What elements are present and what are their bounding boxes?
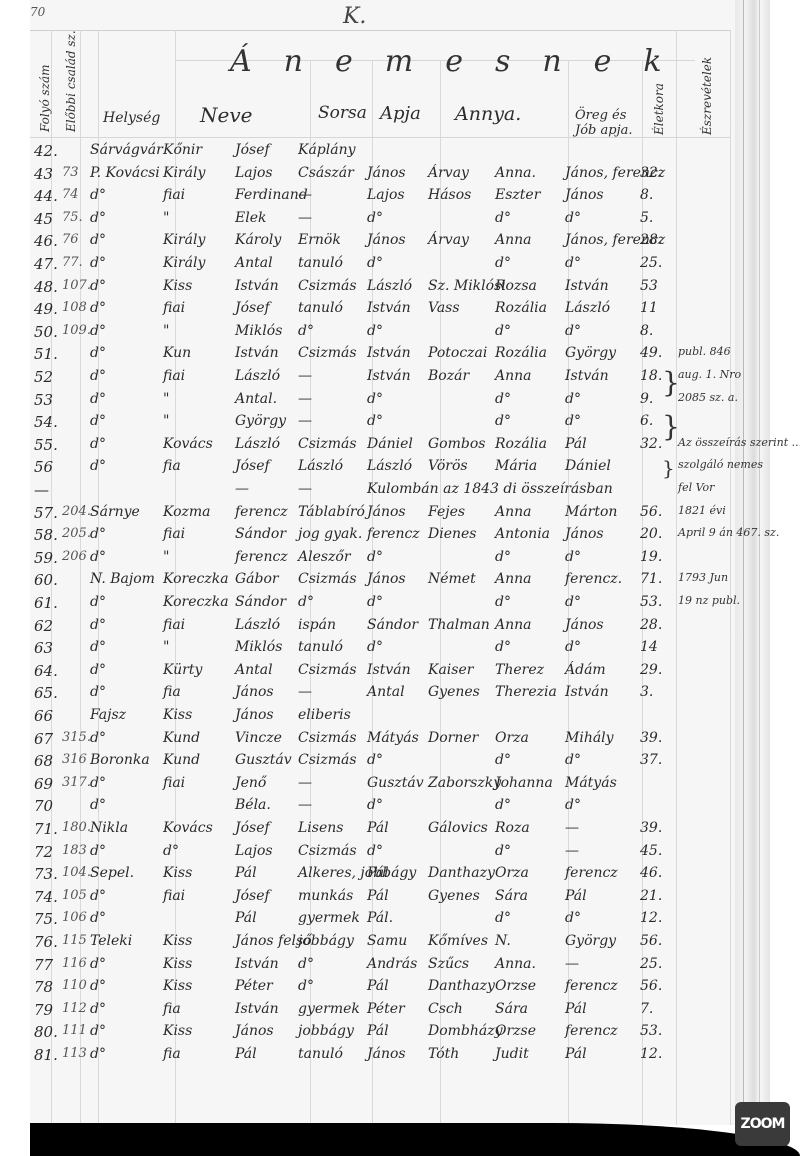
mother-surname-cell: Gyenes <box>428 684 480 700</box>
place-cell: d° <box>90 684 106 700</box>
given-name-cell: László <box>235 368 280 384</box>
age-cell: 19. <box>640 549 662 565</box>
surname-cell: Kürty <box>163 662 202 678</box>
table-row: 59.206d°"ferenczAleszőrd°d°d°19. <box>0 549 800 573</box>
mother-name-cell: Orza <box>495 865 529 881</box>
table-row: 67315.d°KundVinczeCsizmásMátyásDornerOrz… <box>0 730 800 754</box>
row-number: 79 <box>34 1001 53 1019</box>
grandfather-cell: János <box>565 187 604 203</box>
table-row: 48.107.d°KissIstvánCsizmásLászlóSz. Mikl… <box>0 278 800 302</box>
place-cell: d° <box>90 436 106 452</box>
given-name-cell: Sándor <box>235 526 286 542</box>
row-number: 72 <box>34 843 53 861</box>
given-name-cell: István <box>235 278 279 294</box>
table-row: 49.108d°fiaiJóseftanulóIstvánVassRozália… <box>0 300 800 324</box>
given-name-cell: Jósef <box>235 820 270 836</box>
given-name-cell: Jósef <box>235 300 270 316</box>
father-cell: István <box>367 345 411 361</box>
status-cell: Csizmás <box>298 278 357 294</box>
surname-cell: " <box>163 210 169 226</box>
given-name-cell: György <box>235 413 286 429</box>
row-number: 49. <box>34 300 58 318</box>
table-row: 57.204.SárnyeKozmaferenczTáblabíróJánosF… <box>0 504 800 528</box>
place-cell: d° <box>90 639 106 655</box>
status-cell: Káplány <box>298 142 356 158</box>
given-name-cell: Jósef <box>235 888 270 904</box>
place-cell: d° <box>90 1023 106 1039</box>
grandfather-cell: Márton <box>565 504 617 520</box>
row-number: 74. <box>34 888 58 906</box>
given-name-cell: Antal. <box>235 391 277 407</box>
mother-name-cell: Orzse <box>495 1023 536 1039</box>
header-place: Helység <box>103 110 160 126</box>
age-cell: 71. <box>640 571 662 587</box>
surname-cell: " <box>163 323 169 339</box>
prev-house-number: 106 <box>62 910 87 925</box>
place-cell: Sepel. <box>90 865 134 881</box>
age-cell: 12. <box>640 1046 662 1062</box>
place-cell: d° <box>90 617 106 633</box>
grandfather-cell: György <box>565 345 616 361</box>
status-cell: Alkeres, jobbágy <box>298 865 416 881</box>
mother-name-cell: Sára <box>495 888 528 904</box>
age-cell: 5. <box>640 210 653 226</box>
age-cell: 39. <box>640 820 662 836</box>
grandfather-cell: István <box>565 278 609 294</box>
prev-house-number: 110 <box>62 978 87 993</box>
grandfather-cell: ferencz <box>565 978 618 994</box>
table-row: 74.105d°fiaiJósefmunkásPálGyenesSáraPál2… <box>0 888 800 912</box>
father-cell: János <box>367 1046 406 1062</box>
age-cell: 53. <box>640 1023 662 1039</box>
mother-name-cell: d° <box>495 210 511 226</box>
mother-name-cell: Rozália <box>495 436 547 452</box>
grandfather-cell: d° <box>565 391 581 407</box>
bracket: } <box>662 410 680 443</box>
prev-house-number: 115 <box>62 933 87 948</box>
given-name-cell: István <box>235 956 279 972</box>
mother-name-cell: Therez <box>495 662 544 678</box>
scan-shadow <box>30 1123 800 1156</box>
row-number: 66 <box>34 707 53 725</box>
grandfather-cell: Pál <box>565 1046 587 1062</box>
surname-cell: fiai <box>163 888 185 904</box>
table-row: 62d°fiaiLászlóispánSándorThalmanAnnaJáno… <box>0 617 800 641</box>
father-cell: Antal <box>367 684 405 700</box>
mother-name-cell: Therezia <box>495 684 557 700</box>
bracket: } <box>662 456 675 480</box>
table-row: 63d°"Miklóstanulód°d°d°14 <box>0 639 800 663</box>
age-cell: 18. <box>640 368 662 384</box>
father-cell: d° <box>367 752 383 768</box>
father-cell: János <box>367 571 406 587</box>
place-cell: Boronka <box>90 752 150 768</box>
grandfather-cell: d° <box>565 549 581 565</box>
place-cell: d° <box>90 255 106 271</box>
table-row: 61.d°KoreczkaSándord°d°d°d°53.19 nz publ… <box>0 594 800 618</box>
mother-surname-cell: Dienes <box>428 526 476 542</box>
age-cell: 7. <box>640 1001 653 1017</box>
grandfather-cell: Dániel <box>565 458 611 474</box>
age-cell: 46. <box>640 865 662 881</box>
mother-name-cell: d° <box>495 910 511 926</box>
mother-surname-cell: Árvay <box>428 232 469 248</box>
grandfather-cell: d° <box>565 594 581 610</box>
place-cell: d° <box>90 956 106 972</box>
given-name-cell: László <box>235 436 280 452</box>
row-number: 56 <box>34 458 53 476</box>
mother-surname-cell: Danthazy <box>428 978 495 994</box>
row-number: 57. <box>34 504 58 522</box>
row-number: 61. <box>34 594 58 612</box>
age-cell: 39. <box>640 730 662 746</box>
father-cell: d° <box>367 797 383 813</box>
mother-name-cell: Mária <box>495 458 537 474</box>
surname-cell: Kiss <box>163 278 192 294</box>
age-cell: 14 <box>640 639 658 655</box>
prev-house-number: 180. <box>62 820 91 835</box>
age-cell: 49. <box>640 345 662 361</box>
mother-surname-cell: Kőmíves <box>428 933 488 949</box>
prev-house-number: 112 <box>62 1001 87 1016</box>
row-number: 51. <box>34 345 58 363</box>
place-cell: d° <box>90 1001 106 1017</box>
prev-house-number: 77. <box>62 255 83 270</box>
row-number: 50. <box>34 323 58 341</box>
father-cell: ferencz <box>367 526 420 542</box>
status-cell: Táblabíró <box>298 504 365 520</box>
father-cell: d° <box>367 594 383 610</box>
mother-surname-cell: Vörös <box>428 458 468 474</box>
mother-name-cell: Orza <box>495 730 529 746</box>
status-cell: Csizmás <box>298 752 357 768</box>
table-row: 50.109.d°"Miklósd°d°d°d°8. <box>0 323 800 347</box>
surname-cell: fiai <box>163 368 185 384</box>
given-name-cell: Pál <box>235 1046 257 1062</box>
given-name-cell: Miklós <box>235 323 282 339</box>
row-number: 69 <box>34 775 53 793</box>
status-cell: gyermek <box>298 1001 360 1017</box>
row-number: 65. <box>34 684 58 702</box>
surname-cell: Kovács <box>163 436 213 452</box>
grandfather-cell: István <box>565 368 609 384</box>
given-name-cell: István <box>235 1001 279 1017</box>
place-cell: d° <box>90 391 106 407</box>
father-cell: László <box>367 458 412 474</box>
row-number: 60. <box>34 571 58 589</box>
age-cell: 20. <box>640 526 662 542</box>
prev-house-number: 111 <box>62 1023 87 1038</box>
age-cell: 29. <box>640 662 662 678</box>
surname-cell: d° <box>163 843 179 859</box>
given-name-cell: Ferdinand <box>235 187 308 203</box>
mother-surname-cell: Csch <box>428 1001 463 1017</box>
table-row: 42.SárvágvárKőnirJósefKáplány <box>0 142 800 166</box>
place-cell: d° <box>90 662 106 678</box>
table-row: 58.205.d°fiaiSándorjog gyak.ferenczDiene… <box>0 526 800 550</box>
age-cell: 53. <box>640 594 662 610</box>
age-cell: 28. <box>640 617 662 633</box>
table-row: 56d°fiaJósefLászlóLászlóVörösMáriaDániel… <box>0 458 800 482</box>
grandfather-cell: ferencz. <box>565 571 622 587</box>
prev-house-number: 107. <box>62 278 91 293</box>
place-cell: d° <box>90 278 106 294</box>
mother-name-cell: Eszter <box>495 187 540 203</box>
father-cell: Pál <box>367 865 389 881</box>
father-cell: Pál <box>367 820 389 836</box>
bracket: } <box>662 366 680 399</box>
mother-surname-cell: Német <box>428 571 476 587</box>
surname-cell: Kund <box>163 752 200 768</box>
status-cell: Csizmás <box>298 436 357 452</box>
prev-house-number: 113 <box>62 1046 87 1061</box>
remark-cell: 2085 sz. a. <box>678 391 738 404</box>
table-row: 72183d°d°LajosCsizmásd°d°—45. <box>0 843 800 867</box>
father-cell: d° <box>367 413 383 429</box>
header-rule <box>30 30 730 31</box>
place-cell: d° <box>90 775 106 791</box>
status-cell: Ernök <box>298 232 341 248</box>
grandfather-cell: László <box>565 300 610 316</box>
given-name-cell: Jósef <box>235 142 270 158</box>
given-name-cell: Pál <box>235 910 257 926</box>
row-number: 46. <box>34 232 58 250</box>
grandfather-cell: d° <box>565 413 581 429</box>
place-cell: Sárvágvár <box>90 142 163 158</box>
mother-name-cell: Sára <box>495 1001 528 1017</box>
mother-surname-cell: Kaiser <box>428 662 473 678</box>
row-number: 77 <box>34 956 53 974</box>
age-cell: 12. <box>640 910 662 926</box>
surname-cell: Kovács <box>163 820 213 836</box>
age-cell: 56. <box>640 504 662 520</box>
surname-cell: Kőnir <box>163 142 202 158</box>
father-cell: Mátyás <box>367 730 419 746</box>
mother-name-cell: Johanna <box>495 775 553 791</box>
row-number: 44. <box>34 187 58 205</box>
father-cell: István <box>367 662 411 678</box>
grandfather-cell: Mihály <box>565 730 614 746</box>
mother-surname-cell: Tóth <box>428 1046 459 1062</box>
prev-house-number: 73 <box>62 165 79 180</box>
surname-cell: Király <box>163 165 205 181</box>
status-cell: — <box>298 775 312 791</box>
age-cell: 28. <box>640 232 662 248</box>
table-row: 4575.d°"Elek—d°d°d°5. <box>0 210 800 234</box>
table-row: 81.113d°fiaPáltanulóJánosTóthJuditPál12. <box>0 1046 800 1070</box>
mother-name-cell: N. <box>495 933 511 949</box>
status-cell: László <box>298 458 343 474</box>
place-cell: Fajsz <box>90 707 126 723</box>
table-row: 52d°fiaiLászló—IstvánBozárAnnaIstván18.a… <box>0 368 800 392</box>
age-cell: 21. <box>640 888 662 904</box>
mother-name-cell: d° <box>495 255 511 271</box>
remark-cell: April 9 án 467. sz. <box>678 526 779 539</box>
place-cell: Teleki <box>90 933 132 949</box>
row-number: 63 <box>34 639 53 657</box>
row-number: 76. <box>34 933 58 951</box>
grandfather-cell: György <box>565 933 616 949</box>
father-cell: Kulombán az 1843 di összeírásban <box>367 481 613 497</box>
given-name-cell: Gábor <box>235 571 279 587</box>
place-cell: d° <box>90 345 106 361</box>
mother-name-cell: Anna <box>495 617 532 633</box>
grandfather-cell: Pál <box>565 436 587 452</box>
status-cell: gyermek <box>298 910 360 926</box>
status-cell: — <box>298 797 312 813</box>
mother-name-cell: Anna <box>495 504 532 520</box>
row-number: 54. <box>34 413 58 431</box>
row-number: 80. <box>34 1023 58 1041</box>
age-cell: 56. <box>640 978 662 994</box>
header-mother: Annya. <box>455 103 521 125</box>
age-cell: 32. <box>640 436 662 452</box>
father-cell: István <box>367 300 411 316</box>
mother-surname-cell: Bozár <box>428 368 469 384</box>
father-cell: Gusztáv <box>367 775 424 791</box>
grandfather-cell: d° <box>565 797 581 813</box>
status-cell: Csizmás <box>298 730 357 746</box>
surname-cell: fiai <box>163 617 185 633</box>
remark-cell: 19 nz publ. <box>678 594 740 607</box>
given-name-cell: János <box>235 1023 274 1039</box>
header-age: Életkora <box>652 83 666 135</box>
remark-cell: 1821 évi <box>678 504 726 517</box>
given-name-cell: ferencz <box>235 549 288 565</box>
place-cell: d° <box>90 730 106 746</box>
row-number: 47. <box>34 255 58 273</box>
place-cell: d° <box>90 978 106 994</box>
status-cell: — <box>298 684 312 700</box>
father-cell: d° <box>367 323 383 339</box>
status-cell: Csizmás <box>298 345 357 361</box>
surname-cell: fia <box>163 458 181 474</box>
row-number: 64. <box>34 662 58 680</box>
age-cell: 8. <box>640 323 653 339</box>
mother-surname-cell: Gálovics <box>428 820 488 836</box>
mother-surname-cell: Hásos <box>428 187 471 203</box>
mother-name-cell: Antonia <box>495 526 550 542</box>
age-cell: 37. <box>640 752 662 768</box>
prev-house-number: 105 <box>62 888 87 903</box>
place-cell: d° <box>90 549 106 565</box>
father-cell: Péter <box>367 1001 405 1017</box>
remark-cell: fel Vor <box>678 481 714 494</box>
place-cell: P. Kovácsi <box>90 165 160 181</box>
status-cell: Császár <box>298 165 354 181</box>
place-cell: d° <box>90 888 106 904</box>
mother-name-cell: Anna. <box>495 956 536 972</box>
row-number: 48. <box>34 278 58 296</box>
father-cell: Pál <box>367 978 389 994</box>
place-cell: d° <box>90 458 106 474</box>
prev-house-number: 204. <box>62 504 91 519</box>
surname-cell: " <box>163 639 169 655</box>
prev-house-number: 183 <box>62 843 87 858</box>
status-cell: — <box>298 187 312 203</box>
status-cell: — <box>298 368 312 384</box>
row-number: 43 <box>34 165 53 183</box>
mother-name-cell: Anna <box>495 232 532 248</box>
header-father: Apja <box>380 103 421 124</box>
given-name-cell: Jósef <box>235 458 270 474</box>
table-row: 54.d°"György—d°d°d°6. <box>0 413 800 437</box>
table-row: 55.d°KovácsLászlóCsizmásDánielGombosRozá… <box>0 436 800 460</box>
grandfather-cell: d° <box>565 323 581 339</box>
place-cell: d° <box>90 300 106 316</box>
header-status: Sorsa <box>318 103 367 123</box>
age-cell: 3. <box>640 684 653 700</box>
father-cell: István <box>367 368 411 384</box>
mother-name-cell: Orzse <box>495 978 536 994</box>
surname-cell: Kun <box>163 345 191 361</box>
prev-house-number: 315. <box>62 730 91 745</box>
place-cell: d° <box>90 210 106 226</box>
given-name-cell: — <box>235 481 249 497</box>
row-number: 68 <box>34 752 53 770</box>
status-cell: ispán <box>298 617 336 633</box>
prev-house-number: 76 <box>62 232 79 247</box>
surname-cell: " <box>163 413 169 429</box>
given-name-cell: Péter <box>235 978 273 994</box>
given-name-cell: Antal <box>235 255 273 271</box>
status-cell: — <box>298 481 312 497</box>
given-name-cell: Lajos <box>235 165 273 181</box>
status-cell: Aleszőr <box>298 549 351 565</box>
table-row: 44.74d°fiaiFerdinand—LajosHásosEszterJán… <box>0 187 800 211</box>
grandfather-cell: János <box>565 617 604 633</box>
mother-name-cell: Anna <box>495 571 532 587</box>
table-row: 78110d°KissPéterd°PálDanthazyOrzseferenc… <box>0 978 800 1002</box>
given-name-cell: Miklós <box>235 639 282 655</box>
prev-house-number: 104. <box>62 865 91 880</box>
grandfather-cell: Ádám <box>565 662 606 678</box>
table-row: 71.180.NiklaKovácsJósefLisensPálGálovics… <box>0 820 800 844</box>
grandfather-cell: Mátyás <box>565 775 617 791</box>
status-cell: tanuló <box>298 639 343 655</box>
status-cell: eliberis <box>298 707 351 723</box>
mother-surname-cell: Zaborszky <box>428 775 501 791</box>
status-cell: tanuló <box>298 1046 343 1062</box>
surname-cell: Kund <box>163 730 200 746</box>
given-name-cell: Béla. <box>235 797 271 813</box>
table-row: 64.d°KürtyAntalCsizmásIstvánKaiserTherez… <box>0 662 800 686</box>
corner-mark: 70 <box>30 6 45 18</box>
mother-surname-cell: Vass <box>428 300 460 316</box>
remark-cell: Az összeírás szerint ... <box>678 436 800 449</box>
prev-house-number: 206 <box>62 549 87 564</box>
table-row: 73.104.Sepel.KissPálAlkeres, jobbágyPálD… <box>0 865 800 889</box>
row-number: 52 <box>34 368 53 386</box>
surname-cell: fiai <box>163 300 185 316</box>
table-row: 76.115TelekiKissJános felsőjobbágySamuKő… <box>0 933 800 957</box>
surname-cell: fia <box>163 684 181 700</box>
father-cell: d° <box>367 639 383 655</box>
mother-surname-cell: Danthazy <box>428 865 495 881</box>
remark-cell: szolgáló nemes <box>678 458 763 471</box>
father-cell: d° <box>367 210 383 226</box>
table-row: 53d°"Antal.—d°d°d°9.2085 sz. a. <box>0 391 800 415</box>
age-cell: 25. <box>640 255 662 271</box>
mother-name-cell: d° <box>495 639 511 655</box>
surname-cell: Kiss <box>163 978 192 994</box>
father-cell: Pál <box>367 1023 389 1039</box>
row-number: 42. <box>34 142 58 160</box>
surname-cell: Király <box>163 255 205 271</box>
zoom-logo-badge[interactable]: ZOOM <box>735 1102 790 1146</box>
table-row: 66FajszKissJánoseliberis <box>0 707 800 731</box>
surname-cell: Kiss <box>163 707 192 723</box>
